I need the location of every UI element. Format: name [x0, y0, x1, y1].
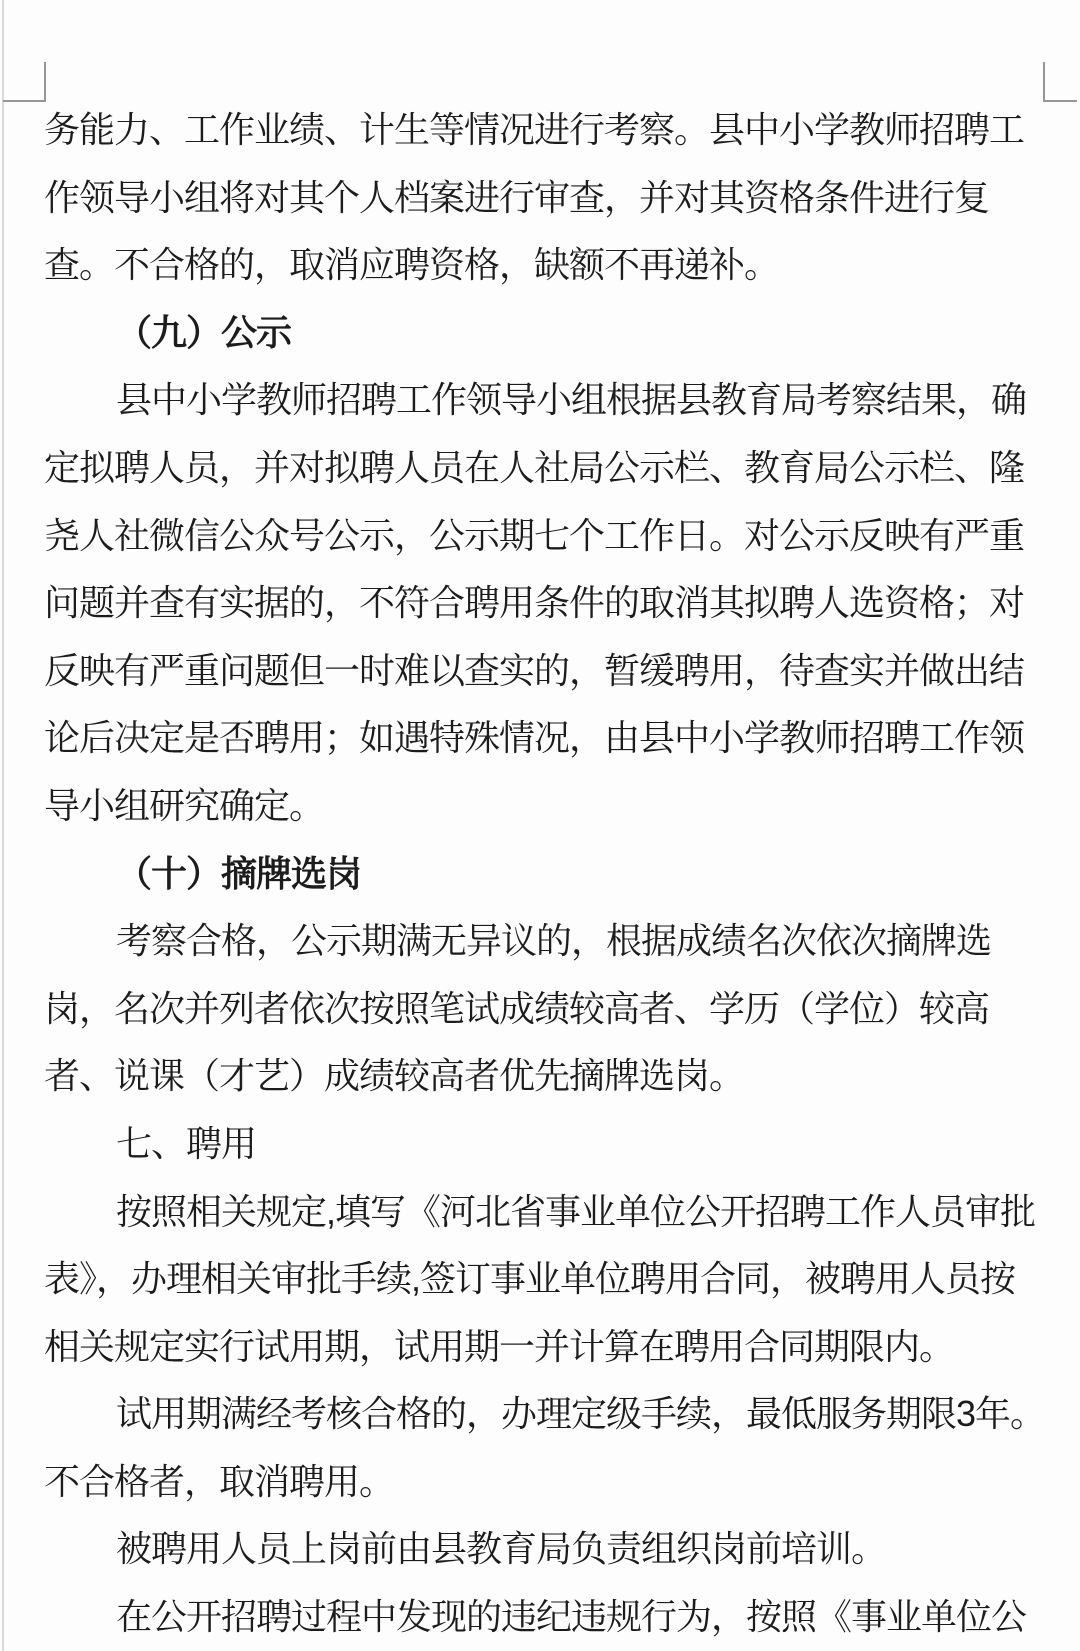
text-line: 反映有严重问题但一时难以查实的，暂缓聘用，待查实并做出结 — [44, 637, 1040, 705]
text-line: 按照相关规定,填写《河北省事业单位公开招聘工作人员审批 — [44, 1178, 1040, 1246]
document-body: 务能力、工作业绩、计生等情况进行考察。县中小学教师招聘工作领导小组将对其个人档案… — [44, 96, 1040, 1651]
text-line: 七、聘用 — [44, 1110, 1040, 1178]
text-line: 作领导小组将对其个人档案进行审查，并对其资格条件进行复 — [44, 164, 1040, 232]
text-line: 试用期满经考核合格的，办理定级手续，最低服务期限3年。 — [44, 1380, 1040, 1448]
text-line: 表》，办理相关审批手续,签订事业单位聘用合同，被聘用人员按 — [44, 1245, 1040, 1313]
text-line: 被聘用人员上岗前由县教育局负责组织岗前培训。 — [44, 1515, 1040, 1583]
text-line: 考察合格，公示期满无异议的，根据成绩名次依次摘牌选 — [44, 907, 1040, 975]
crop-mark-top-left-icon — [3, 62, 46, 102]
text-line: 定拟聘人员，并对拟聘人员在人社局公示栏、教育局公示栏、隆 — [44, 434, 1040, 502]
section-heading: （十）摘牌选岗 — [44, 840, 1040, 908]
text-line: 不合格者，取消聘用。 — [44, 1448, 1040, 1516]
document-page: 务能力、工作业绩、计生等情况进行考察。县中小学教师招聘工作领导小组将对其个人档案… — [0, 0, 1080, 1651]
text-line: 县中小学教师招聘工作领导小组根据县教育局考察结果，确 — [44, 366, 1040, 434]
text-line: 问题并查有实据的，不符合聘用条件的取消其拟聘人选资格；对 — [44, 569, 1040, 637]
text-line: 尧人社微信公众号公示，公示期七个工作日。对公示反映有严重 — [44, 502, 1040, 570]
text-line: 务能力、工作业绩、计生等情况进行考察。县中小学教师招聘工 — [44, 96, 1040, 164]
section-heading: （九）公示 — [44, 299, 1040, 367]
text-line: 相关规定实行试用期，试用期一并计算在聘用合同期限内。 — [44, 1313, 1040, 1381]
text-line: 论后决定是否聘用；如遇特殊情况，由县中小学教师招聘工作领 — [44, 704, 1040, 772]
crop-mark-top-right-icon — [1043, 62, 1077, 102]
page-left-edge-line — [2, 0, 4, 1651]
text-line: 岗，名次并列者依次按照笔试成绩较高者、学历（学位）较高 — [44, 975, 1040, 1043]
text-line: 在公开招聘过程中发现的违纪违规行为，按照《事业单位公 — [44, 1583, 1040, 1651]
text-line: 导小组研究确定。 — [44, 772, 1040, 840]
text-line: 查。不合格的，取消应聘资格，缺额不再递补。 — [44, 231, 1040, 299]
text-line: 者、说课（才艺）成绩较高者优先摘牌选岗。 — [44, 1042, 1040, 1110]
